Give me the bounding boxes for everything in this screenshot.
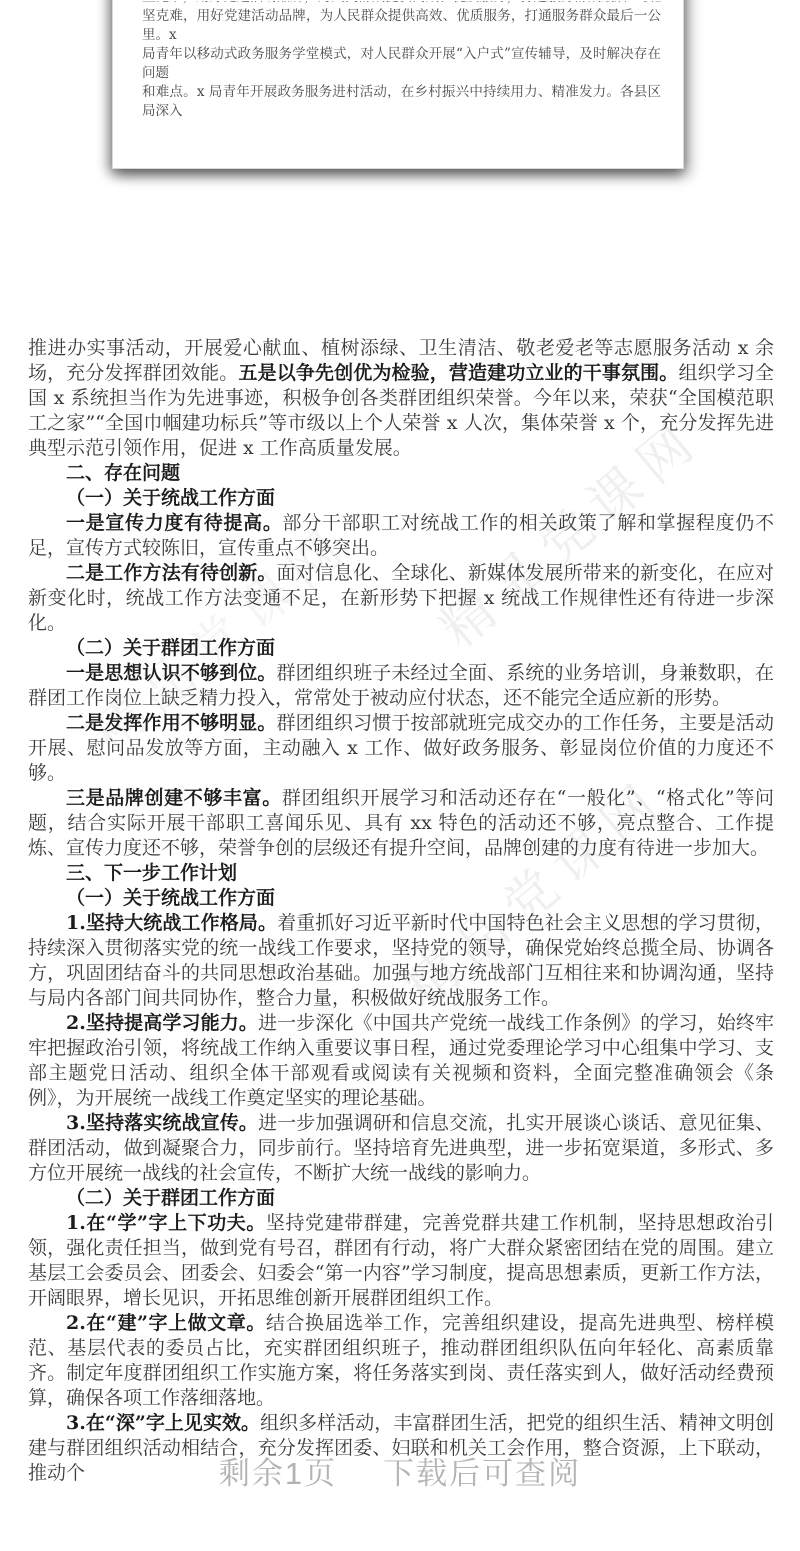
remaining-pages-hint: 剩余1页下载后可查阅 bbox=[0, 1448, 800, 1493]
paragraph: 2.在“建”字上做文章。结合换届选举工作，完善组织建设，提高先进典型、榜样模范、… bbox=[28, 1311, 774, 1411]
paragraph: 二是工作方法有待创新。面对信息化、全球化、新媒体发展所带来的新变化，在应对新变化… bbox=[28, 561, 774, 636]
download-to-view-hint: 下载后可查阅 bbox=[383, 1456, 581, 1491]
section-heading-next-plan: 三、下一步工作计划 bbox=[28, 861, 774, 886]
subsection-heading-quntuan-plan: （二）关于群团工作方面 bbox=[28, 1186, 774, 1211]
document-body: 推进办实事活动，开展爱心献血、植树添绿、卫生清洁、敬老爱老等志愿服务活动 x 余… bbox=[28, 336, 774, 1486]
previous-page-fragment: 坚克难，用好党建活动品牌，为人民群众提供高效、优质服务，打通服务群众最后一公里。… bbox=[112, 0, 684, 169]
fragment-line: 坚克难，用好党建活动品牌，为人民群众提供高效、优质服务，打通服务群众最后一公里。… bbox=[142, 7, 661, 45]
paragraph: 三是品牌创建不够丰富。群团组织开展学习和活动还存在“一般化”、“格式化”等问题，… bbox=[28, 786, 774, 861]
paragraph: 3.坚持落实统战宣传。进一步加强调研和信息交流，扎实开展谈心谈话、意见征集、群团… bbox=[28, 1111, 774, 1186]
paragraph: 二是发挥作用不够明显。群团组织习惯于按部就班完成交办的工作任务，主要是活动开展、… bbox=[28, 711, 774, 786]
paragraph: 1.在“学”字上下功夫。坚持党建带群建，完善党群共建工作机制，坚持思想政治引领，… bbox=[28, 1211, 774, 1311]
subsection-heading-tongzhan: （一）关于统战工作方面 bbox=[28, 486, 774, 511]
paragraph: 2.坚持提高学习能力。进一步深化《中国共产党统一战线工作条例》的学习，始终牢牢把… bbox=[28, 1011, 774, 1111]
subsection-heading-tongzhan-plan: （一）关于统战工作方面 bbox=[28, 886, 774, 911]
paragraph: 一是思想认识不够到位。群团组织班子未经过全面、系统的业务培训，身兼数职，在群团工… bbox=[28, 661, 774, 711]
section-heading-problems: 二、存在问题 bbox=[28, 461, 774, 486]
subsection-heading-quntuan: （二）关于群团工作方面 bbox=[28, 636, 774, 661]
paragraph: 一是宣传力度有待提高。部分干部职工对统战工作的相关政策了解和掌握程度仍不足，宣传… bbox=[28, 511, 774, 561]
paragraph-continuation: 推进办实事活动，开展爱心献血、植树添绿、卫生清洁、敬老爱老等志愿服务活动 x 余… bbox=[28, 336, 774, 461]
previous-page-text: 坚克难，用好党建活动品牌，为人民群众提供高效、优质服务，打通服务群众最后一公里。… bbox=[142, 1, 661, 168]
clipped-line: 坚克难，用好党建活动品牌，为人民群众提供高效、优质服务，打通服务群众最后一公里。… bbox=[142, 1, 661, 7]
fragment-line: 局青年以移动式政务服务学堂模式，对人民群众开展“入户式”宣传辅导，及时解决存在问… bbox=[142, 45, 661, 83]
remaining-pages-count: 剩余1页 bbox=[219, 1456, 337, 1491]
paragraph: 1.坚持大统战工作格局。着重抓好习近平新时代中国特色社会主义思想的学习贯彻，持续… bbox=[28, 911, 774, 1011]
fragment-line: 和难点。x 局青年开展政务服务进村活动，在乡村振兴中持续用力、精准发力。各县区局… bbox=[142, 83, 661, 121]
